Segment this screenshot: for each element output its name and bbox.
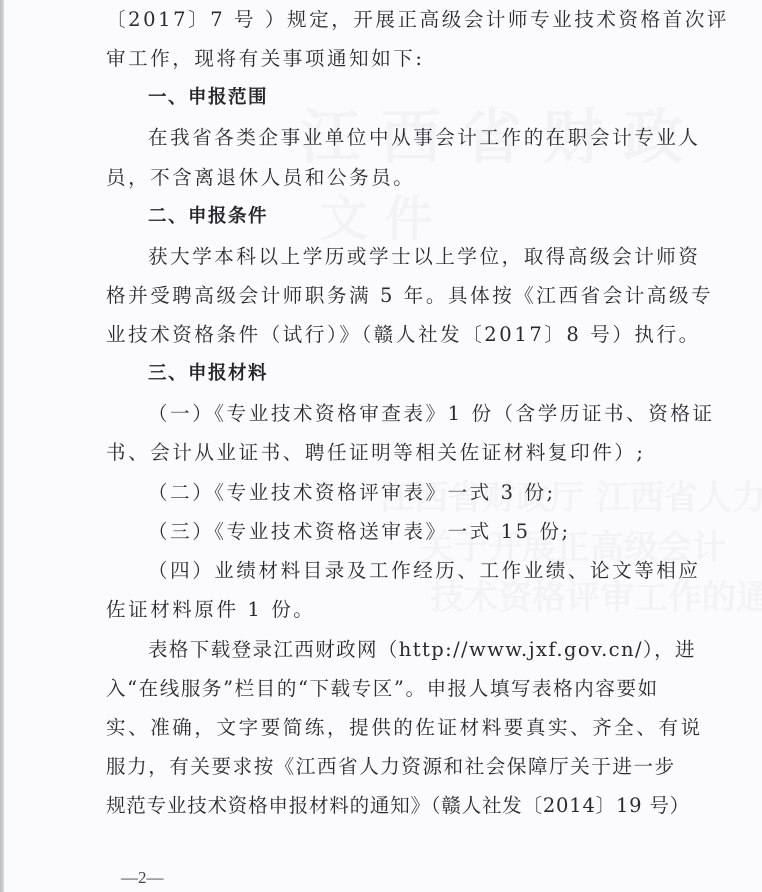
body-line-with-link: 表格下载登录江西财政网（http://www.jxf.gov.cn/），进: [148, 630, 696, 669]
body-line: （一）《专业技术资格审查表》1 份（含学历证书、资格证: [148, 394, 715, 433]
body-line: 服力，有关要求按《江西省人力资源和社会保障厅关于进一步: [106, 747, 676, 786]
body-line: 格并受聘高级会计师职务满 5 年。具体按《江西省会计高级专: [106, 276, 713, 315]
body-line: 〔2017〕7 号 ）规定，开展正高级会计师专业技术资格首次评: [106, 0, 729, 39]
body-line: 业技术资格条件（试行）》（赣人社发〔2017〕8 号）执行。: [106, 315, 701, 354]
body-line: 在我省各类企事业单位中从事会计工作的在职会计专业人: [148, 118, 701, 157]
page-number: —2—: [121, 868, 164, 888]
body-line: 入“在线服务”栏目的“下载专区”。申报人填写表格内容要如: [106, 669, 659, 708]
body-line: 佐证材料原件 1 份。: [106, 590, 315, 629]
body-line: 审工作，现将有关事项通知如下:: [106, 39, 425, 78]
body-line: （二）《专业技术资格评审表》一式 3 份;: [148, 473, 556, 512]
body-line: 规范专业技术资格申报材料的通知》（赣人社发〔2014〕19 号）: [106, 786, 690, 825]
scan-left-edge: [0, 0, 4, 892]
body-line: （三）《专业技术资格送审表》一式 15 份;: [148, 512, 571, 551]
section-heading-scope: 一、申报范围: [148, 78, 268, 117]
body-line: 实、准确，文字要简练，提供的佐证材料要真实、齐全、有说: [106, 708, 703, 747]
body-line: 获大学本科以上学历或学士以上学位，取得高级会计师资: [148, 237, 701, 276]
section-heading-conditions: 二、申报条件: [148, 197, 268, 236]
body-line: 员，不含离退休人员和公务员。: [106, 158, 415, 197]
body-line: 书、会计从业证书、聘任证明等相关佐证材料复印件）;: [106, 433, 646, 472]
body-line: （四）业绩材料目录及工作经历、工作业绩、论文等相应: [148, 551, 701, 590]
section-heading-materials: 三、申报材料: [148, 354, 268, 393]
